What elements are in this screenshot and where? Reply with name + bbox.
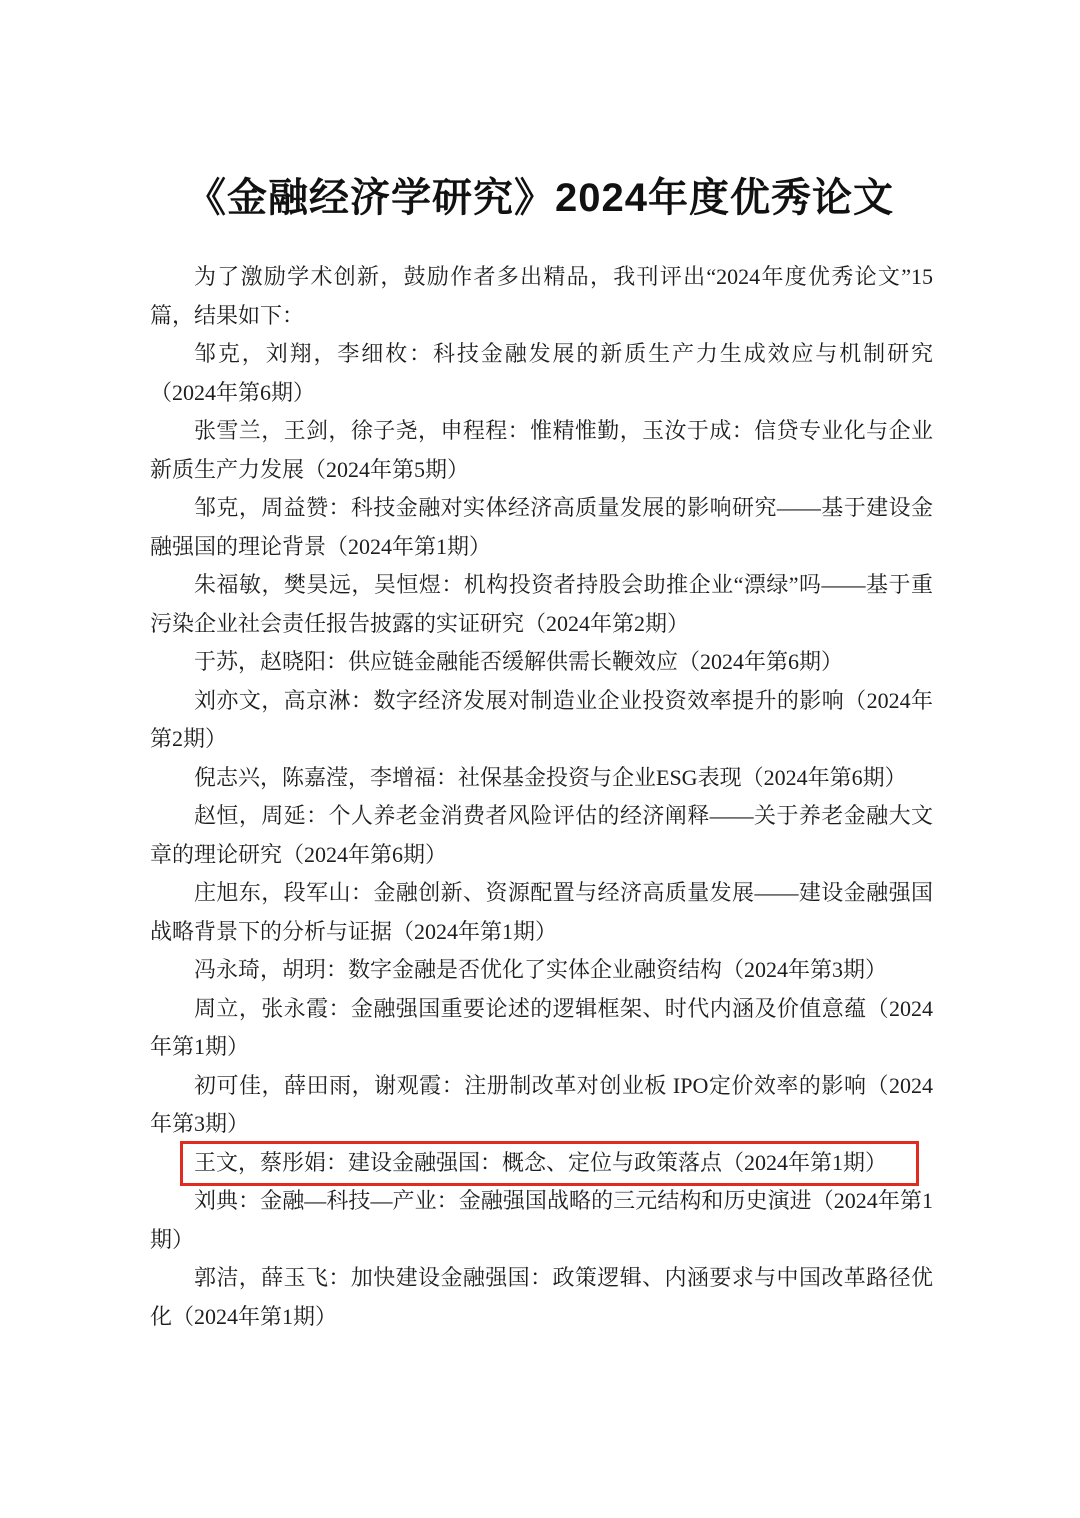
paper-entry: 初可佳，薛田雨，谢观霞：注册制改革对创业板 IPO定价效率的影响（2024年第3… [150, 1067, 933, 1144]
paper-entry: 冯永琦，胡玥：数字金融是否优化了实体企业融资结构（2024年第3期） [150, 951, 933, 990]
paper-entry: 周立，张永霞：金融强国重要论述的逻辑框架、时代内涵及价值意蕴（2024年第1期） [150, 990, 933, 1067]
page-title: 《金融经济学研究》2024年度优秀论文 [0, 166, 1080, 223]
paper-entry-highlighted: 王文，蔡彤娟：建设金融强国：概念、定位与政策落点（2024年第1期） [150, 1144, 933, 1183]
paper-list: 为了激励学术创新，鼓励作者多出精品，我刊评出“2024年度优秀论文”15篇，结果… [150, 258, 933, 1336]
document-page: 《金融经济学研究》2024年度优秀论文 为了激励学术创新，鼓励作者多出精品，我刊… [0, 0, 1080, 1518]
paper-entry: 倪志兴，陈嘉滢，李增福：社保基金投资与企业ESG表现（2024年第6期） [150, 759, 933, 798]
paper-entry: 于苏，赵晓阳：供应链金融能否缓解供需长鞭效应（2024年第6期） [150, 643, 933, 682]
paper-entry: 邹克，周益赞：科技金融对实体经济高质量发展的影响研究——基于建设金融强国的理论背… [150, 489, 933, 566]
intro-paragraph: 为了激励学术创新，鼓励作者多出精品，我刊评出“2024年度优秀论文”15篇，结果… [150, 258, 933, 335]
paper-entry: 赵恒，周延：个人养老金消费者风险评估的经济阐释——关于养老金融大文章的理论研究（… [150, 797, 933, 874]
paper-entry: 刘亦文，高京淋：数字经济发展对制造业企业投资效率提升的影响（2024年第2期） [150, 682, 933, 759]
paper-entry: 刘典：金融—科技—产业：金融强国战略的三元结构和历史演进（2024年第1期） [150, 1182, 933, 1259]
paper-entry: 朱福敏，樊昊远，吴恒煜：机构投资者持股会助推企业“漂绿”吗——基于重污染企业社会… [150, 566, 933, 643]
paper-entry: 张雪兰，王剑，徐子尧，申程程：惟精惟勤，玉汝于成：信贷专业化与企业新质生产力发展… [150, 412, 933, 489]
paper-entry: 郭洁，薛玉飞：加快建设金融强国：政策逻辑、内涵要求与中国改革路径优化（2024年… [150, 1259, 933, 1336]
paper-entry: 邹克，刘翔，李细枚：科技金融发展的新质生产力生成效应与机制研究（2024年第6期… [150, 335, 933, 412]
paper-entry-text: 王文，蔡彤娟：建设金融强国：概念、定位与政策落点（2024年第1期） [194, 1150, 887, 1175]
paper-entry: 庄旭东，段军山：金融创新、资源配置与经济高质量发展——建设金融强国战略背景下的分… [150, 874, 933, 951]
